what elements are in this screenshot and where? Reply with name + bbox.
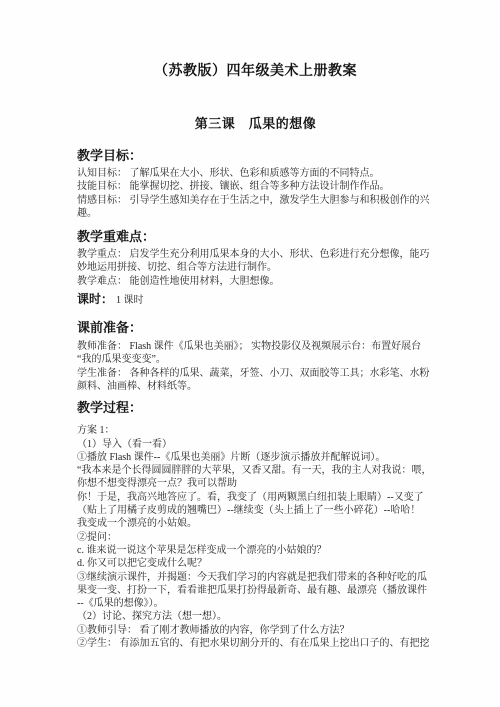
text-line: 技能目标： 能掌握切挖、拼接、镶嵌、组合等多种方法设计制作作品。 [77, 180, 434, 193]
document-title: （苏教版）四年级美术上册教案 [77, 62, 434, 79]
lesson-title: 第三课 瓜果的想像 [77, 115, 434, 132]
text-line: 颜料、油画棒、材料纸等。 [77, 380, 434, 393]
text-line: 你想不想变得漂亮一点？我可以帮助 [77, 477, 434, 490]
section-key-points: 教学重点： 启发学生充分利用瓜果本身的大小、形状、色彩进行充分想像，能巧 妙地运… [77, 248, 434, 288]
text-line: 教师准备： Flash 课件《瓜果也美丽》； 实物投影仪及视频展示台：布置好展台 [77, 340, 434, 353]
text-line: 方案 1： [77, 424, 434, 437]
text-line: （2）讨论、探究方法（想一想）。 [77, 610, 434, 623]
text-line: 妙地运用拼接、切挖、组合等方法进行制作。 [77, 261, 434, 274]
text-line: 教学重点： 启发学生充分利用瓜果本身的大小、形状、色彩进行充分想像，能巧 [77, 248, 434, 261]
class-time-label: 课时： [77, 292, 113, 306]
class-time-value: 1 课时 [116, 295, 144, 306]
text-line: “我本来是个长得圆圆胖胖的大苹果，又香又甜。有一天，我的主人对我说：喂， [77, 464, 434, 477]
text-line: （贴上了用橘子皮剪成的翘嘴巴）--继续变（头上插上了一些小碎花）--哈哈！ [77, 504, 434, 517]
class-time-row: 课时：1 课时 [77, 292, 434, 308]
text-line: --《瓜果的想像》）。 [77, 597, 434, 610]
text-line: c. 谁来说一说这个苹果是怎样变成一个漂亮的小姑娘的？ [77, 544, 434, 557]
heading-key-points: 教学重难点： [77, 229, 434, 245]
text-line: ①教师引导： 看了刚才教师播放的内容，你学到了什么方法？ [77, 624, 434, 637]
text-line: 你！于是，我高兴地答应了。看，我变了（用两颗黑白纽扣装上眼睛）--又变了 [77, 491, 434, 504]
section-teaching-process: 方案 1： （1）导入（看一看） ①播放 Flash 课件--《瓜果也美丽》片断… [77, 424, 434, 650]
text-line: 果变一变、打扮一下，看看谁把瓜果打扮得最新奇、最有趣、最漂亮（播放课件 [77, 584, 434, 597]
text-line: 认知目标： 了解瓜果在大小、形状、色彩和质感等方面的不同特点。 [77, 167, 434, 180]
text-line: 情感目标： 引导学生感知美存在于生活之中，激发学生大胆参与和积极创作的兴 [77, 194, 434, 207]
text-line: 趣。 [77, 207, 434, 220]
text-line: 学生准备： 各种各样的瓜果、蔬菜，牙签、小刀、双面胶等工具；水彩笔、水粉 [77, 367, 434, 380]
heading-preparation: 课前准备： [77, 320, 434, 336]
text-line: “我的瓜果变变变”。 [77, 353, 434, 366]
text-line: （1）导入（看一看） [77, 438, 434, 451]
document-page: （苏教版）四年级美术上册教案 第三课 瓜果的想像 教学目标： 认知目标： 了解瓜… [0, 0, 500, 707]
heading-teaching-process: 教学过程： [77, 400, 434, 416]
section-teaching-goals: 认知目标： 了解瓜果在大小、形状、色彩和质感等方面的不同特点。 技能目标： 能掌… [77, 167, 434, 220]
text-line: 我变成一个漂亮的小姑娘。 [77, 517, 434, 530]
heading-teaching-goals: 教学目标： [77, 148, 434, 164]
text-line: ②学生： 有添加五官的、有把水果切割分开的、有在瓜果上挖出口子的、有把挖 [77, 637, 434, 650]
section-preparation: 教师准备： Flash 课件《瓜果也美丽》； 实物投影仪及视频展示台：布置好展台… [77, 340, 434, 393]
text-line: d. 你又可以把它变成什么呢？ [77, 557, 434, 570]
text-line: ①播放 Flash 课件--《瓜果也美丽》片断（逐步演示播放并配解说词）。 [77, 451, 434, 464]
text-line: ②提问： [77, 531, 434, 544]
text-line: ③继续演示课件，并揭题：今天我们学习的内容就是把我们带来的各种好吃的瓜 [77, 571, 434, 584]
text-line: 教学难点： 能创造性地使用材料，大胆想像。 [77, 275, 434, 288]
